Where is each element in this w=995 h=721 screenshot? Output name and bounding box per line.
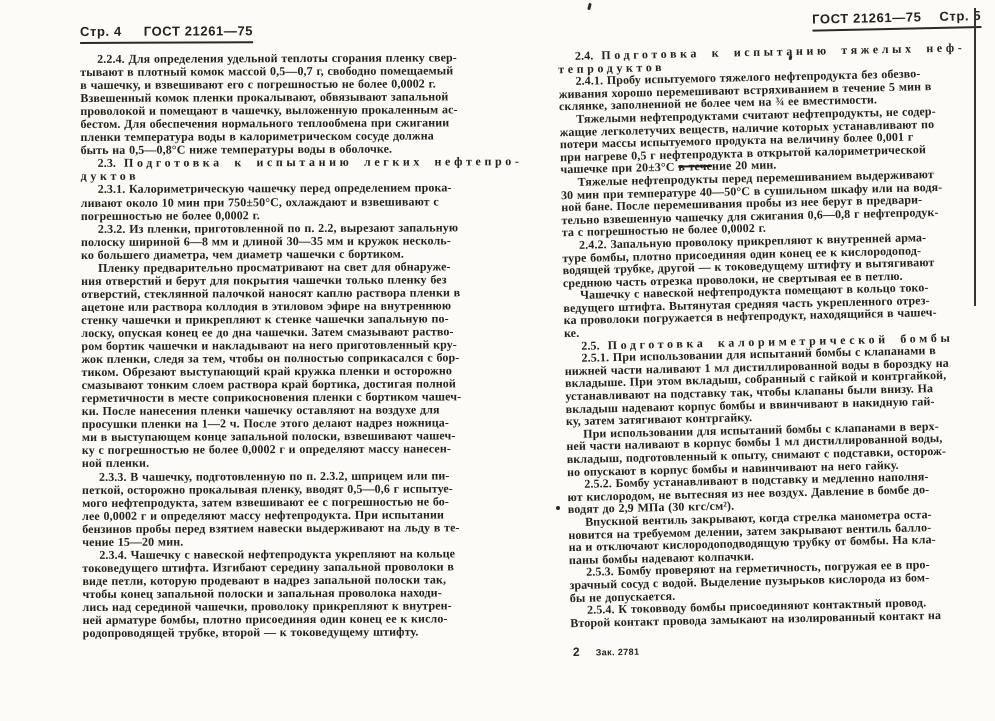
print-order-number: Зак. 2781 (596, 647, 640, 658)
ink-speck (556, 506, 560, 510)
paragraph-2-2-4: 2.2.4. Для определения удельной теплоты … (80, 51, 524, 157)
page-left: Стр. 4 ГОСТ 21261—75 2.2.4. Для определе… (80, 22, 527, 640)
page-right: ГОСТ 21261—75 Стр. 5 2.4.Подготовка к ис… (557, 8, 995, 659)
ink-speck (587, 3, 592, 11)
page-number-label: Стр. 4 (80, 24, 122, 39)
paragraph-2-3-2: 2.3.2. Из пленки, приготовленной по п. 2… (81, 221, 525, 262)
page-edge-line (974, 8, 976, 306)
paragraph-2-3-1: 2.3.1. Калориметрическую чашечку перед о… (81, 182, 525, 223)
standard-number: ГОСТ 21261—75 (144, 23, 253, 38)
page-right-header: ГОСТ 21261—75 Стр. 5 (812, 8, 981, 32)
paragraph-2-3-4: 2.3.4. Чашечку с навеской нефтепродукта … (82, 547, 526, 640)
print-footer: 2 Зак. 2781 (573, 636, 995, 659)
section-heading-2-3: 2.3.Подготовка к испытанию легких нефтеп… (81, 155, 525, 183)
paragraph-2-5-1: 2.5.1. При использовании для испытаний б… (564, 343, 990, 428)
paragraph-heavy-products-definition: Тяжелыми нефтепродуктами считают нефтепр… (559, 104, 984, 176)
paragraph-film-inspection: Пленку предварительно просматривают на с… (81, 260, 526, 471)
paragraph-heavy-products-warming: Тяжелые нефтепродукты перед перемешивани… (561, 167, 986, 239)
page-left-header: Стр. 4 ГОСТ 21261—75 (80, 23, 253, 44)
section-number: 2.3. (98, 156, 116, 170)
standard-number: ГОСТ 21261—75 (812, 9, 922, 26)
scanned-document-spread: Стр. 4 ГОСТ 21261—75 2.2.4. Для определе… (0, 0, 995, 721)
paragraph-2-3-3: 2.3.3. В чашечку, подготовленную по п. 2… (82, 469, 526, 549)
section-title: Подготовка к испытанию легких нефтепро- … (81, 154, 523, 183)
sheet-number: 2 (573, 645, 580, 659)
